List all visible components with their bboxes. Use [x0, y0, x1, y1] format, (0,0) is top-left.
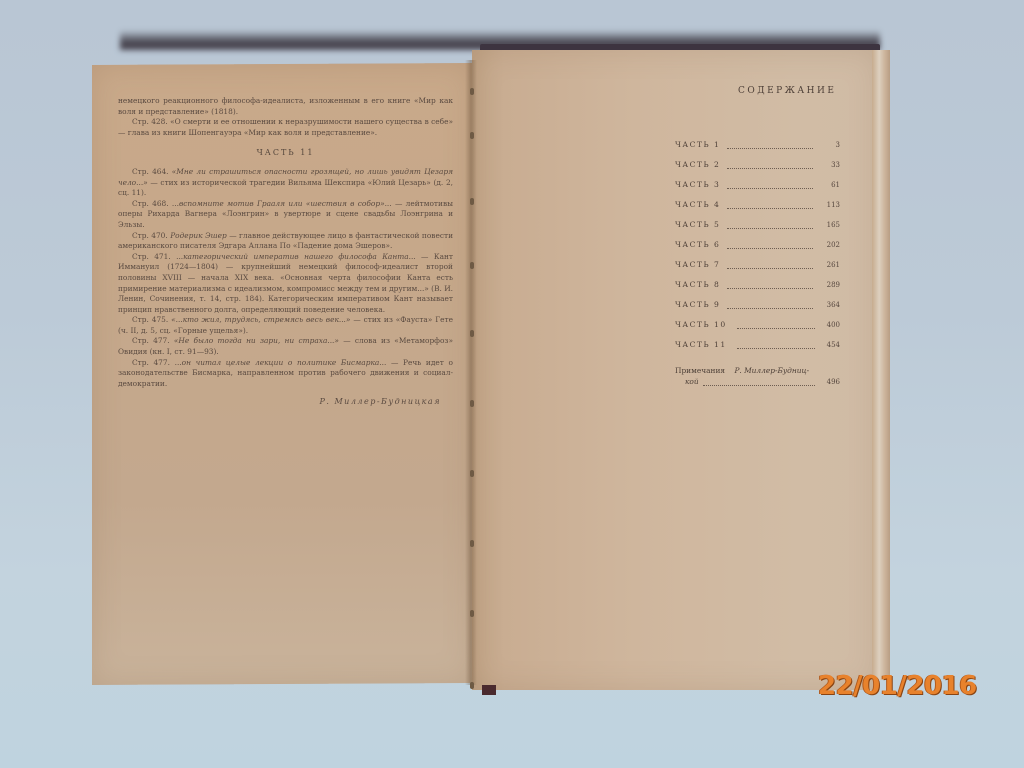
binding-stitch — [470, 470, 474, 477]
note-entry: Стр. 477. ...он читал целые лекции о пол… — [118, 358, 453, 390]
note-quote: ...он читал целые лекции о политике Бисм… — [175, 358, 387, 367]
toc-leader — [727, 268, 813, 269]
toc-leader — [727, 248, 813, 249]
toc-notes-author: Р. Миллер-Будниц- — [734, 366, 809, 375]
toc-page-number: 113 — [827, 201, 840, 209]
binding-stitch — [470, 330, 474, 337]
toc-leader — [727, 168, 813, 169]
toc-entry-label: ЧАСТЬ 11 — [675, 340, 727, 349]
note-ref: Стр. 477. — [132, 358, 170, 367]
note-entry: Стр. 470. Родерик Эшер — главное действу… — [118, 231, 453, 252]
toc-entry: ЧАСТЬ 361 — [675, 180, 840, 192]
toc-entry-label: ЧАСТЬ 7 — [675, 260, 720, 269]
note-quote: «Не было тогда ни зари, ни страха...» — [174, 336, 339, 345]
note-entry: Стр. 475. «...кто жил, трудясь, стремясь… — [118, 315, 453, 336]
toc-entry-label: ЧАСТЬ 3 — [675, 180, 720, 189]
note-quote: ...вспомните мотив Грааля или «шествия в… — [172, 199, 392, 208]
toc-entry: ЧАСТЬ 6202 — [675, 240, 840, 252]
note-entry: Стр. 477. «Не было тогда ни зари, ни стр… — [118, 336, 453, 357]
binding-stitch — [470, 198, 474, 205]
note-entry: Стр. 471. ...категорический императив на… — [118, 252, 453, 316]
toc-page-number: 261 — [827, 261, 840, 269]
toc-page-number: 202 — [827, 241, 840, 249]
toc-page-number: 61 — [831, 181, 840, 189]
toc-entry: ЧАСТЬ 7261 — [675, 260, 840, 272]
notes-list: Стр. 464. «Мне ли страшиться опасности г… — [118, 167, 453, 389]
toc-entry: ЧАСТЬ 9364 — [675, 300, 840, 312]
note-ref: Стр. 464. — [132, 167, 169, 176]
note-entry: Стр. 464. «Мне ли страшиться опасности г… — [118, 167, 453, 199]
toc-page-number: 33 — [831, 161, 840, 169]
spine-bottom — [482, 685, 496, 695]
toc-entry-label: ЧАСТЬ 8 — [675, 280, 720, 289]
note-text: — стих из исторической трагедии Вильяма … — [118, 178, 453, 198]
toc-entry: ЧАСТЬ 11454 — [675, 340, 840, 352]
binding-stitch — [470, 400, 474, 407]
toc-leader — [737, 348, 815, 349]
toc-entry-label: ЧАСТЬ 10 — [675, 320, 727, 329]
note-quote: «...кто жил, трудясь, стремясь весь век.… — [171, 315, 350, 324]
binding-stitch — [470, 540, 474, 547]
toc-entry: ЧАСТЬ 5165 — [675, 220, 840, 232]
note-text: — Кант Иммануил (1724—1804) — крупнейший… — [118, 252, 453, 314]
toc-entry-label: ЧАСТЬ 2 — [675, 160, 720, 169]
binding-stitch — [470, 88, 474, 95]
toc-entry-label: ЧАСТЬ 5 — [675, 220, 720, 229]
note-ref: Стр. 468. — [132, 199, 169, 208]
toc-entry-notes: Примечания Р. Миллер-Будниц- кой 496 — [675, 366, 840, 392]
toc-page-number: 364 — [827, 301, 840, 309]
note-quote: ...категорический императив нашего филос… — [176, 252, 416, 261]
toc-leader — [727, 188, 813, 189]
toc-entry-label: ЧАСТЬ 4 — [675, 200, 720, 209]
note-ref: Стр. 477. — [132, 336, 170, 345]
toc-page-number: 496 — [827, 378, 840, 386]
note-ref: Стр. 471. — [132, 252, 171, 261]
toc-entry: ЧАСТЬ 13 — [675, 140, 840, 152]
note-quote: Родерик Эшер — [170, 231, 227, 240]
note-ref: Стр. 475. — [132, 315, 168, 324]
toc-page-number: 454 — [827, 341, 840, 349]
note-text: — главное действующее лицо в фантастичес… — [118, 231, 453, 251]
toc-page-number: 165 — [827, 221, 840, 229]
toc-leader — [727, 228, 813, 229]
note-entry: Стр. 468. ...вспомните мотив Грааля или … — [118, 199, 453, 231]
toc-leader — [703, 385, 815, 386]
book-gutter — [465, 60, 477, 685]
intro-paragraph: Стр. 428. «О смерти и ее отношении к нер… — [118, 117, 453, 138]
toc-notes-label: Примечания — [675, 366, 725, 375]
toc-entry: ЧАСТЬ 233 — [675, 160, 840, 172]
binding-stitch — [470, 262, 474, 269]
toc-leader — [727, 288, 813, 289]
toc-entry: ЧАСТЬ 4113 — [675, 200, 840, 212]
toc-entry: ЧАСТЬ 8289 — [675, 280, 840, 292]
toc-leader — [727, 208, 813, 209]
date-stamp: 22/01/2016 — [818, 671, 977, 701]
toc-entry: ЧАСТЬ 10400 — [675, 320, 840, 332]
toc-entry-label: ЧАСТЬ 1 — [675, 140, 720, 149]
note-ref: Стр. 470. — [132, 231, 168, 240]
binding-stitch — [470, 682, 474, 689]
binding-stitch — [470, 132, 474, 139]
page-block-edge — [872, 50, 890, 680]
intro-paragraph: немецкого реакционного философа-идеалист… — [118, 96, 453, 117]
toc-leader — [727, 308, 813, 309]
toc-page-number: 289 — [827, 281, 840, 289]
toc-title: СОДЕРЖАНИЕ — [738, 86, 836, 96]
toc-page-number: 400 — [827, 321, 840, 329]
part-heading: ЧАСТЬ 11 — [118, 148, 453, 159]
toc-notes-author-cont: кой — [685, 377, 699, 386]
binding-stitch — [470, 610, 474, 617]
toc-entry-label: ЧАСТЬ 9 — [675, 300, 720, 309]
toc-leader — [737, 328, 815, 329]
toc-entry-label: ЧАСТЬ 6 — [675, 240, 720, 249]
signature: Р. Миллер-Будницкая — [118, 397, 453, 408]
left-page-text: немецкого реакционного философа-идеалист… — [118, 96, 453, 408]
toc-page-number: 3 — [836, 141, 840, 149]
toc-leader — [727, 148, 813, 149]
